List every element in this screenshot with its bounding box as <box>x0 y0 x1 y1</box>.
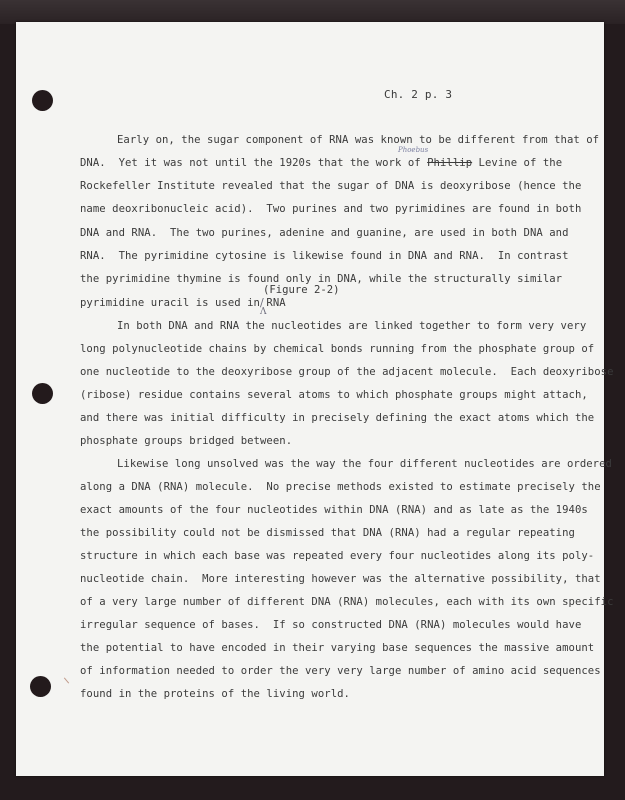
text-line: exact amounts of the four nucleotides wi… <box>80 504 588 516</box>
caret-insertion-mark: Λ <box>260 307 267 317</box>
inserted-figure-reference: (Figure 2-2) <box>263 284 340 296</box>
text-line: DNA and RNA. The two purines, adenine an… <box>80 227 569 239</box>
text-line: name deoxribonucleic acid). Two purines … <box>80 203 581 215</box>
text-segment: Levine of the <box>472 157 562 169</box>
text-line: and there was initial difficulty in prec… <box>80 412 594 424</box>
struck-word: Phillip <box>427 157 472 169</box>
text-line: RNA. The pyrimidine cytosine is likewise… <box>80 250 569 262</box>
text-line: In both DNA and RNA the nucleotides are … <box>117 320 586 332</box>
text-line: the possibility could not be dismissed t… <box>80 527 575 539</box>
text-line: DNA. Yet it was not until the 1920s that… <box>80 157 562 169</box>
text-line: Early on, the sugar component of RNA was… <box>117 134 599 146</box>
page-header: Ch. 2 p. 3 <box>384 88 452 101</box>
binder-hole-middle <box>32 383 53 404</box>
text-line: along a DNA (RNA) molecule. No precise m… <box>80 481 601 493</box>
text-line: one nucleotide to the deoxyribose group … <box>80 366 614 378</box>
text-line: irregular sequence of bases. If so const… <box>80 619 581 631</box>
text-line: phosphate groups bridged between. <box>80 435 292 447</box>
text-line: (ribose) residue contains several atoms … <box>80 389 588 401</box>
text-line: of a very large number of different DNA … <box>80 596 614 608</box>
text-line: found in the proteins of the living worl… <box>80 688 350 700</box>
text-line: pyrimidine uracil is used in RNA <box>80 297 286 309</box>
text-segment: DNA. Yet it was not until the 1920s that… <box>80 157 427 169</box>
scan-backdrop <box>0 0 625 24</box>
text-line: of information needed to order the very … <box>80 665 601 677</box>
binder-hole-bottom <box>30 676 51 697</box>
text-line: the potential to have encoded in their v… <box>80 642 594 654</box>
text-line: nucleotide chain. More interesting howev… <box>80 573 601 585</box>
handwritten-correction: Phoebus <box>398 146 428 154</box>
text-line: Rockefeller Institute revealed that the … <box>80 180 581 192</box>
stray-mark <box>64 677 69 683</box>
binder-hole-top <box>32 90 53 111</box>
text-line: long polynucleotide chains by chemical b… <box>80 343 594 355</box>
text-line: structure in which each base was repeate… <box>80 550 594 562</box>
text-line: Likewise long unsolved was the way the f… <box>117 458 612 470</box>
typewritten-page: Ch. 2 p. 3 Early on, the sugar component… <box>16 22 604 776</box>
